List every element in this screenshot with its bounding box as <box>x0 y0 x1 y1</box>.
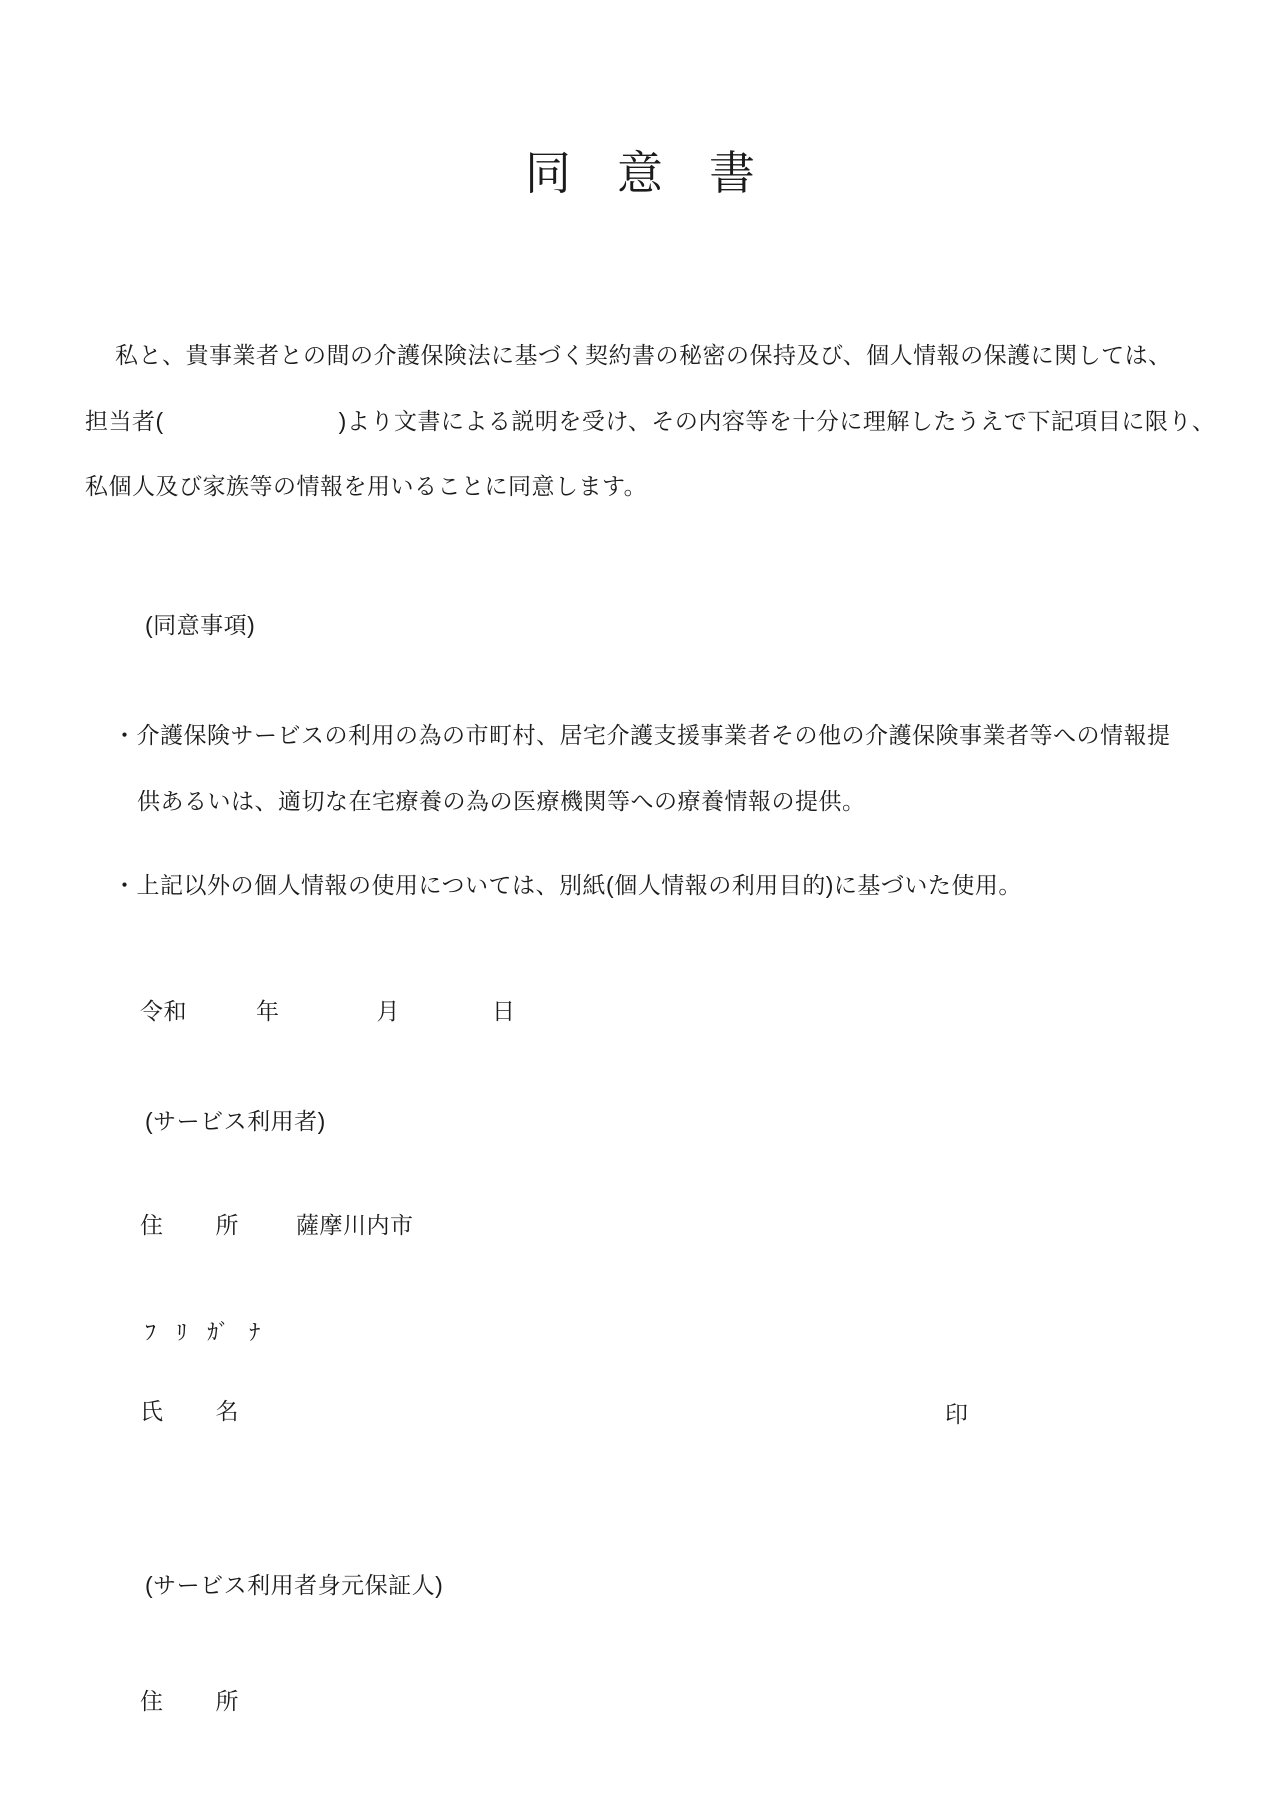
seal-label: 印 <box>945 1396 968 1429</box>
name-label-1: 氏 <box>140 1398 164 1424</box>
consent-form-page: 同 意 書 私と、貴事業者との間の介護保険法に基づく契約書の秘密の保持及び、個人… <box>0 0 1280 1810</box>
staff-label: 担当者( <box>85 408 164 434</box>
intro-line-3: 私個人及び家族等の情報を用いることに同意します。 <box>85 473 647 501</box>
day-label: 日 <box>492 998 516 1024</box>
guarantor-address-label-1: 住 <box>140 1688 164 1714</box>
address-label-1: 住 <box>140 1212 164 1238</box>
document-title: 同 意 書 <box>0 148 1280 199</box>
guarantor-heading: (サービス利用者身元保証人) <box>145 1572 443 1600</box>
furigana-label: ﾌ ﾘ ｶﾞ ﾅ <box>145 1320 267 1346</box>
guarantor-address-line: 住所 <box>140 1688 239 1716</box>
consent-item-2: ・上記以外の個人情報の使用については、別紙(個人情報の利用目的)に基づいた使用。 <box>113 872 1022 900</box>
name-label-2: 名 <box>216 1398 240 1424</box>
intro-line-2: 担当者()より文書による説明を受け、その内容等を十分に理解したうえで下記項目に限… <box>85 408 1215 436</box>
era-label: 令和 <box>140 998 187 1024</box>
month-label: 月 <box>377 998 401 1024</box>
intro-line-2-text: )より文書による説明を受け、その内容等を十分に理解したうえで下記項目に限り、 <box>339 408 1216 434</box>
consent-item-1-line-1: ・介護保険サービスの利用の為の市町村、居宅介護支援事業者その他の介護保険事業者等… <box>113 722 1171 750</box>
date-line: 令和年月日 <box>140 998 516 1026</box>
staff-name-blank <box>164 413 339 436</box>
year-label: 年 <box>256 998 280 1024</box>
service-user-heading: (サービス利用者) <box>145 1108 326 1136</box>
consent-items-heading: (同意事項) <box>145 612 255 640</box>
intro-line-1: 私と、貴事業者との間の介護保険法に基づく契約書の秘密の保持及び、個人情報の保護に… <box>115 342 1172 370</box>
consent-item-1-line-2: 供あるいは、適切な在宅療養の為の医療機関等への療養情報の提供。 <box>137 788 866 816</box>
address-value: 薩摩川内市 <box>296 1212 414 1238</box>
address-label-2: 所 <box>216 1212 240 1238</box>
service-user-address-line: 住所薩摩川内市 <box>140 1212 414 1240</box>
guarantor-address-label-2: 所 <box>216 1688 240 1714</box>
service-user-name-line: 氏名 <box>140 1398 239 1426</box>
